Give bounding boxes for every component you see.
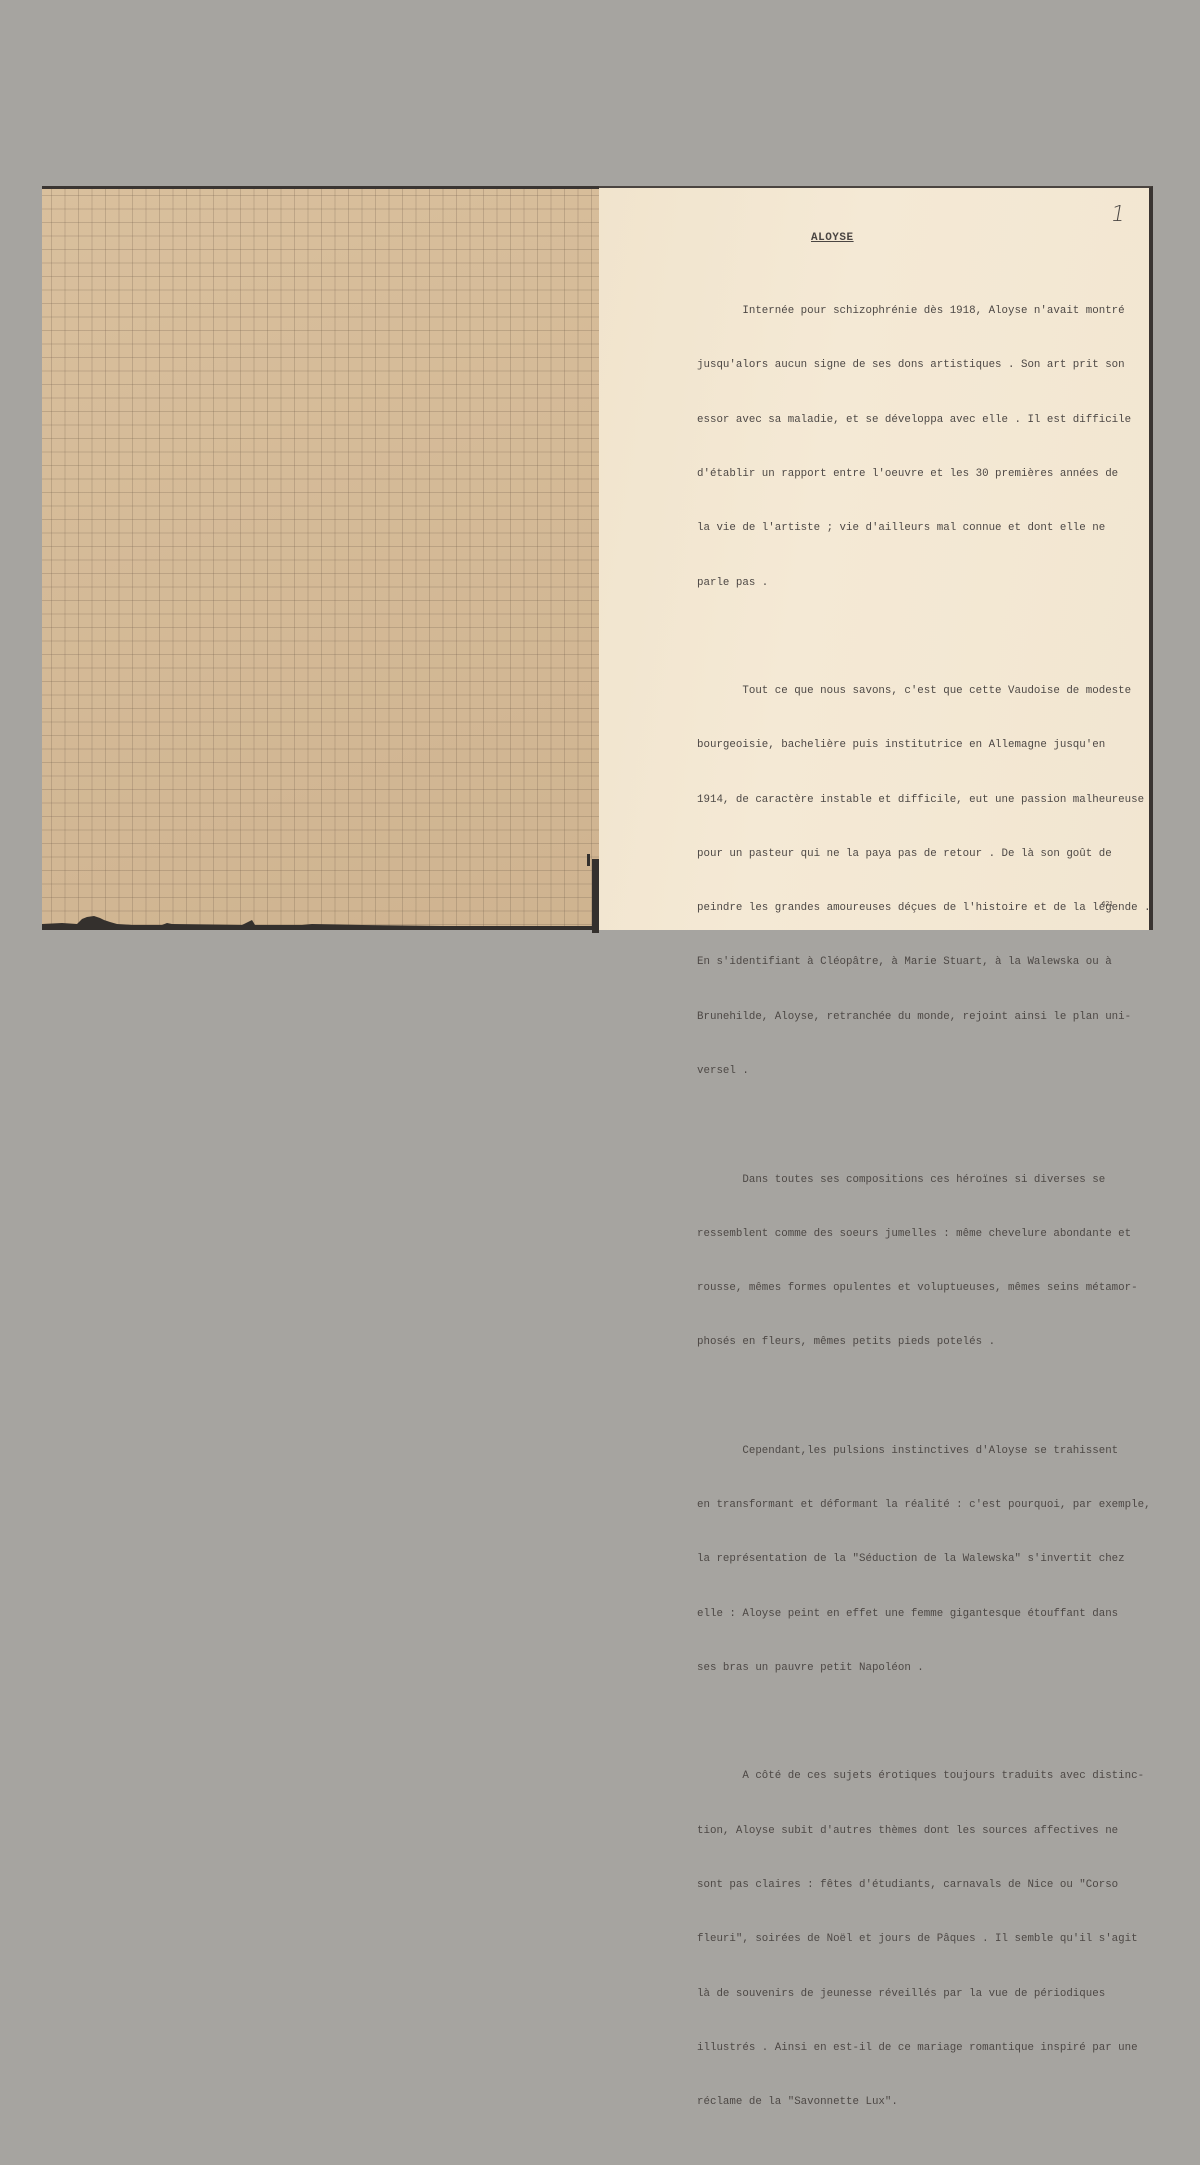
- book-spread: 1 ALOYSE Internée pour schizophrénie dès…: [42, 186, 1153, 930]
- right-page-typescript: 1 ALOYSE Internée pour schizophrénie dès…: [599, 186, 1153, 930]
- text-line: parle pas .: [697, 574, 1117, 592]
- text-line: essor avec sa maladie, et se développa a…: [697, 411, 1117, 429]
- binding-mark: [587, 854, 590, 866]
- paragraph: Dans toutes ses compositions ces héroïne…: [697, 1134, 1117, 1200]
- document-title: ALOYSE: [811, 232, 854, 244]
- paragraph: Tout ce que nous savons, c'est que cette…: [697, 646, 1117, 1116]
- torn-bottom-edge: [42, 908, 599, 930]
- text-line: d'établir un rapport entre l'oeuvre et l…: [697, 465, 1117, 483]
- text-line: Brunehilde, Aloyse, retranchée du monde,…: [697, 1008, 1117, 1026]
- text-line: 1914, de caractère instable et difficile…: [697, 791, 1117, 809]
- text-line: peindre les grandes amoureuses déçues de…: [697, 899, 1117, 917]
- text-line: versel .: [697, 1062, 1117, 1080]
- text-line: Tout ce que nous savons, c'est que cette…: [697, 682, 1117, 700]
- text-line: pour un pasteur qui ne la paya pas de re…: [697, 845, 1117, 863]
- binding-edge: [592, 859, 599, 933]
- text-line: bourgeoisie, bachelière puis institutric…: [697, 736, 1117, 754]
- left-page-graph-paper: [42, 186, 599, 930]
- text-line: Dans toutes ses compositions ces héroïne…: [697, 1171, 1117, 1189]
- paragraph: Internée pour schizophrénie dès 1918, Al…: [697, 266, 1117, 628]
- text-line: En s'identifiant à Cléopâtre, à Marie St…: [697, 953, 1117, 971]
- text-line: la vie de l'artiste ; vie d'ailleurs mal…: [697, 519, 1117, 537]
- body-text: Internée pour schizophrénie dès 1918, Al…: [697, 266, 1117, 1200]
- text-line: jusqu'alors aucun signe de ses dons arti…: [697, 356, 1117, 374]
- text-line: Internée pour schizophrénie dès 1918, Al…: [697, 302, 1117, 320]
- handwritten-page-number: 1: [1109, 202, 1127, 227]
- folio-number: 421: [1101, 901, 1113, 908]
